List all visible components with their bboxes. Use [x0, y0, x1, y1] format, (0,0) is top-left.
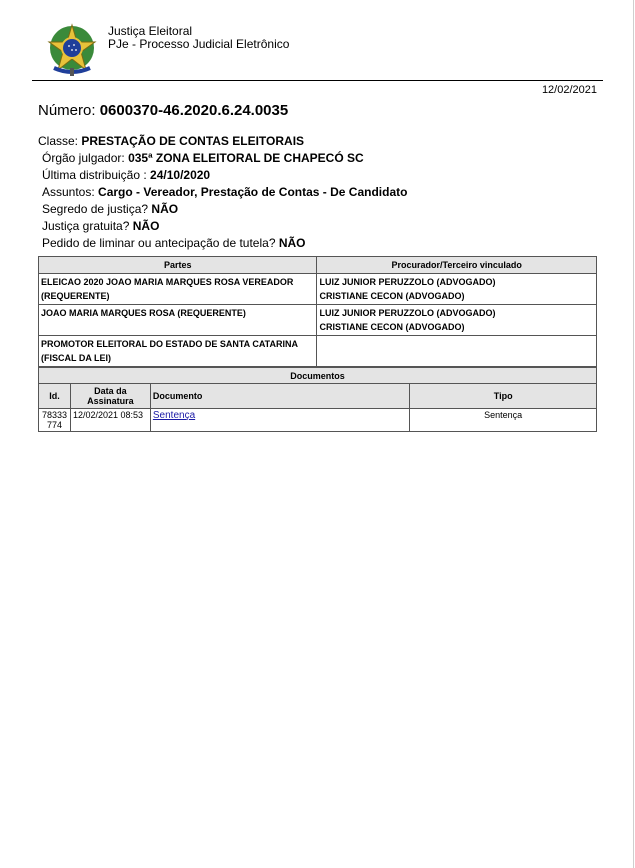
table-row: 78333774 12/02/2021 08:53 Sentença Sente…	[39, 409, 597, 432]
info-distribuicao: Última distribuição : 24/10/2020	[38, 167, 407, 184]
info-gratuita: Justiça gratuita? NÃO	[38, 218, 407, 235]
process-number-value: 0600370-46.2020.6.24.0035	[100, 102, 289, 119]
print-date: 12/02/2021	[542, 84, 597, 96]
doc-documento: Sentença	[150, 409, 409, 432]
documentos-title: Documentos	[39, 368, 597, 384]
brazil-coat-of-arms-icon	[44, 22, 100, 78]
documentos-table: Documentos Id. Data daAssinatura Documen…	[38, 367, 597, 432]
process-info: Classe: PRESTAÇÃO DE CONTAS ELEITORAIS Ó…	[38, 133, 407, 252]
process-number-label: Número:	[38, 102, 96, 119]
procurador-header: Procurador/Terceiro vinculado	[317, 257, 597, 274]
header-divider	[32, 80, 603, 81]
procurador-cell: LUIZ JUNIOR PERUZZOLO (ADVOGADO)CRISTIAN…	[317, 274, 597, 305]
doc-data: 12/02/2021 08:53	[70, 409, 150, 432]
parte-cell: JOAO MARIA MARQUES ROSA (REQUERENTE)	[39, 305, 317, 336]
col-documento: Documento	[150, 384, 409, 409]
table-row: ELEICAO 2020 JOAO MARIA MARQUES ROSA VER…	[39, 274, 597, 305]
info-segredo: Segredo de justiça? NÃO	[38, 201, 407, 218]
info-assuntos: Assuntos: Cargo - Vereador, Prestação de…	[38, 184, 407, 201]
table-row: JOAO MARIA MARQUES ROSA (REQUERENTE) LUI…	[39, 305, 597, 336]
procurador-cell	[317, 336, 597, 367]
col-tipo: Tipo	[410, 384, 597, 409]
process-number: Número: 0600370-46.2020.6.24.0035	[38, 102, 288, 119]
info-orgao: Órgão julgador: 035ª ZONA ELEITORAL DE C…	[38, 150, 407, 167]
col-data: Data daAssinatura	[70, 384, 150, 409]
parte-cell: ELEICAO 2020 JOAO MARIA MARQUES ROSA VER…	[39, 274, 317, 305]
system-name: PJe - Processo Judicial Eletrônico	[108, 38, 289, 51]
table-row: PROMOTOR ELEITORAL DO ESTADO DE SANTA CA…	[39, 336, 597, 367]
doc-tipo: Sentença	[410, 409, 597, 432]
col-id: Id.	[39, 384, 71, 409]
page-edge	[633, 0, 634, 868]
procurador-cell: LUIZ JUNIOR PERUZZOLO (ADVOGADO)CRISTIAN…	[317, 305, 597, 336]
parte-cell: PROMOTOR ELEITORAL DO ESTADO DE SANTA CA…	[39, 336, 317, 367]
doc-id: 78333774	[39, 409, 71, 432]
header: Justiça Eleitoral PJe - Processo Judicia…	[44, 20, 604, 80]
partes-header: Partes	[39, 257, 317, 274]
partes-table: Partes Procurador/Terceiro vinculado ELE…	[38, 256, 597, 367]
info-classe: Classe: PRESTAÇÃO DE CONTAS ELEITORAIS	[38, 133, 407, 150]
document-link[interactable]: Sentença	[153, 410, 195, 421]
info-liminar: Pedido de liminar ou antecipação de tute…	[38, 235, 407, 252]
